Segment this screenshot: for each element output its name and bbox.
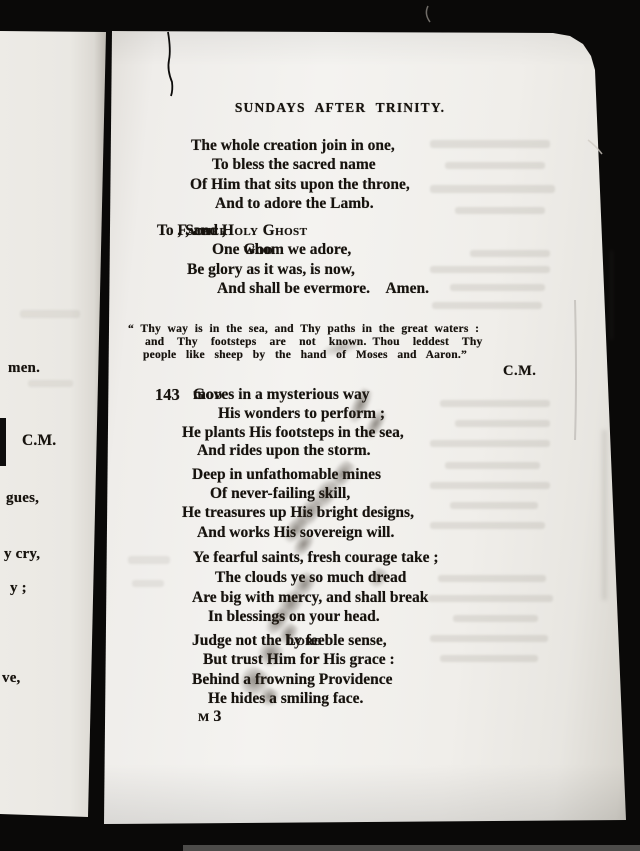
bleed-through-texture	[132, 580, 164, 587]
bleed-through-texture	[128, 556, 170, 564]
bleed-through-texture	[28, 380, 73, 387]
stanza-line: And rides upon the storm.	[197, 442, 404, 461]
bleed-through-texture	[430, 266, 550, 273]
bleed-through-texture	[445, 162, 545, 169]
stanza-line: And shall be evermore. Amen.	[217, 279, 429, 298]
bleed-through-texture	[428, 595, 553, 602]
scan-streak	[602, 430, 607, 600]
bleed-through-texture	[445, 462, 540, 469]
stanza-line: The whole creation join in one,	[191, 136, 410, 155]
hymnal-page: SUNDAYS AFTER TRINITY. The whole creatio…	[88, 26, 640, 828]
bleed-through-texture	[430, 522, 545, 529]
bleed-through-texture	[432, 302, 542, 309]
bleed-through-texture	[430, 482, 550, 489]
margin-fragment: men.	[8, 360, 40, 377]
book-scan: men. C.M. gues, y cry, y ; ve, SUNDAYS A…	[0, 0, 640, 851]
bleed-through-texture	[430, 440, 550, 447]
stanza-line: Deep in unfathomable mines	[192, 465, 414, 484]
stanza: To Father, Son, and Holy Ghost, One God …	[157, 221, 429, 298]
stanza-line: He hides a smiling face.	[208, 689, 395, 708]
stanza-line: Of Him that sits upon the throne,	[190, 175, 410, 194]
stanza-line: Be glory as it was, is now,	[187, 260, 429, 279]
stanza-line: But trust Him for His grace :	[203, 650, 395, 669]
bleed-through-texture	[453, 615, 538, 622]
stanza-line: Are big with mercy, and shall break	[192, 588, 439, 608]
margin-fragment: C.M.	[22, 432, 56, 450]
hymn-number: 143	[155, 385, 180, 405]
bleed-through-texture	[455, 207, 545, 214]
stanza-line: To bless the sacred name	[212, 155, 410, 174]
epigraph-line: “ Thy way is in the sea, and Thy paths i…	[128, 322, 483, 335]
scan-edge-mark	[0, 418, 6, 466]
stanza: The whole creation join in one, To bless…	[157, 136, 410, 213]
meter-label: C.M.	[503, 363, 536, 380]
printers-signature: M 3	[198, 708, 221, 726]
epigraph-line: people like sheep by the hand of Moses a…	[143, 348, 483, 361]
bleed-through-texture	[438, 575, 546, 582]
stanza-line: One God whom we adore,	[212, 240, 429, 259]
stanza-line: To Father, Son, and Holy Ghost,	[157, 221, 429, 240]
bleed-through-texture	[470, 250, 550, 257]
margin-fragment: ve,	[2, 670, 21, 687]
stanza-line: In blessings on your head.	[208, 607, 439, 627]
margin-fragment: y ;	[10, 580, 27, 597]
stanza-line: The clouds ye so much dread	[215, 568, 439, 588]
bleed-through-texture	[440, 400, 550, 407]
facing-page-edge: men. C.M. gues, y cry, y ; ve,	[0, 28, 112, 820]
bleed-through-texture	[430, 140, 550, 148]
scripture-epigraph: “ Thy way is in the sea, and Thy paths i…	[128, 322, 483, 361]
stanza-line: Ye fearful saints, fresh courage take ;	[193, 548, 439, 568]
epigraph-line: and Thy footsteps are not known. Thou le…	[145, 335, 483, 348]
bleed-through-texture	[440, 655, 538, 662]
scan-streak	[610, 250, 613, 340]
page-header: SUNDAYS AFTER TRINITY.	[190, 100, 490, 116]
bleed-through-texture	[450, 284, 545, 291]
bleed-through-texture	[430, 185, 555, 193]
bleed-through-texture	[450, 502, 538, 509]
stanza-line: Behind a frowning Providence	[192, 670, 395, 689]
margin-fragment: y cry,	[4, 546, 40, 563]
margin-fragment: gues,	[6, 490, 39, 507]
bleed-through-texture	[20, 310, 80, 318]
scan-bottom-strip	[183, 845, 640, 851]
page-edge-highlight	[426, 6, 430, 22]
bleed-through-texture	[430, 635, 548, 642]
bleed-through-texture	[455, 420, 550, 427]
stanza-line: And to adore the Lamb.	[215, 194, 410, 213]
